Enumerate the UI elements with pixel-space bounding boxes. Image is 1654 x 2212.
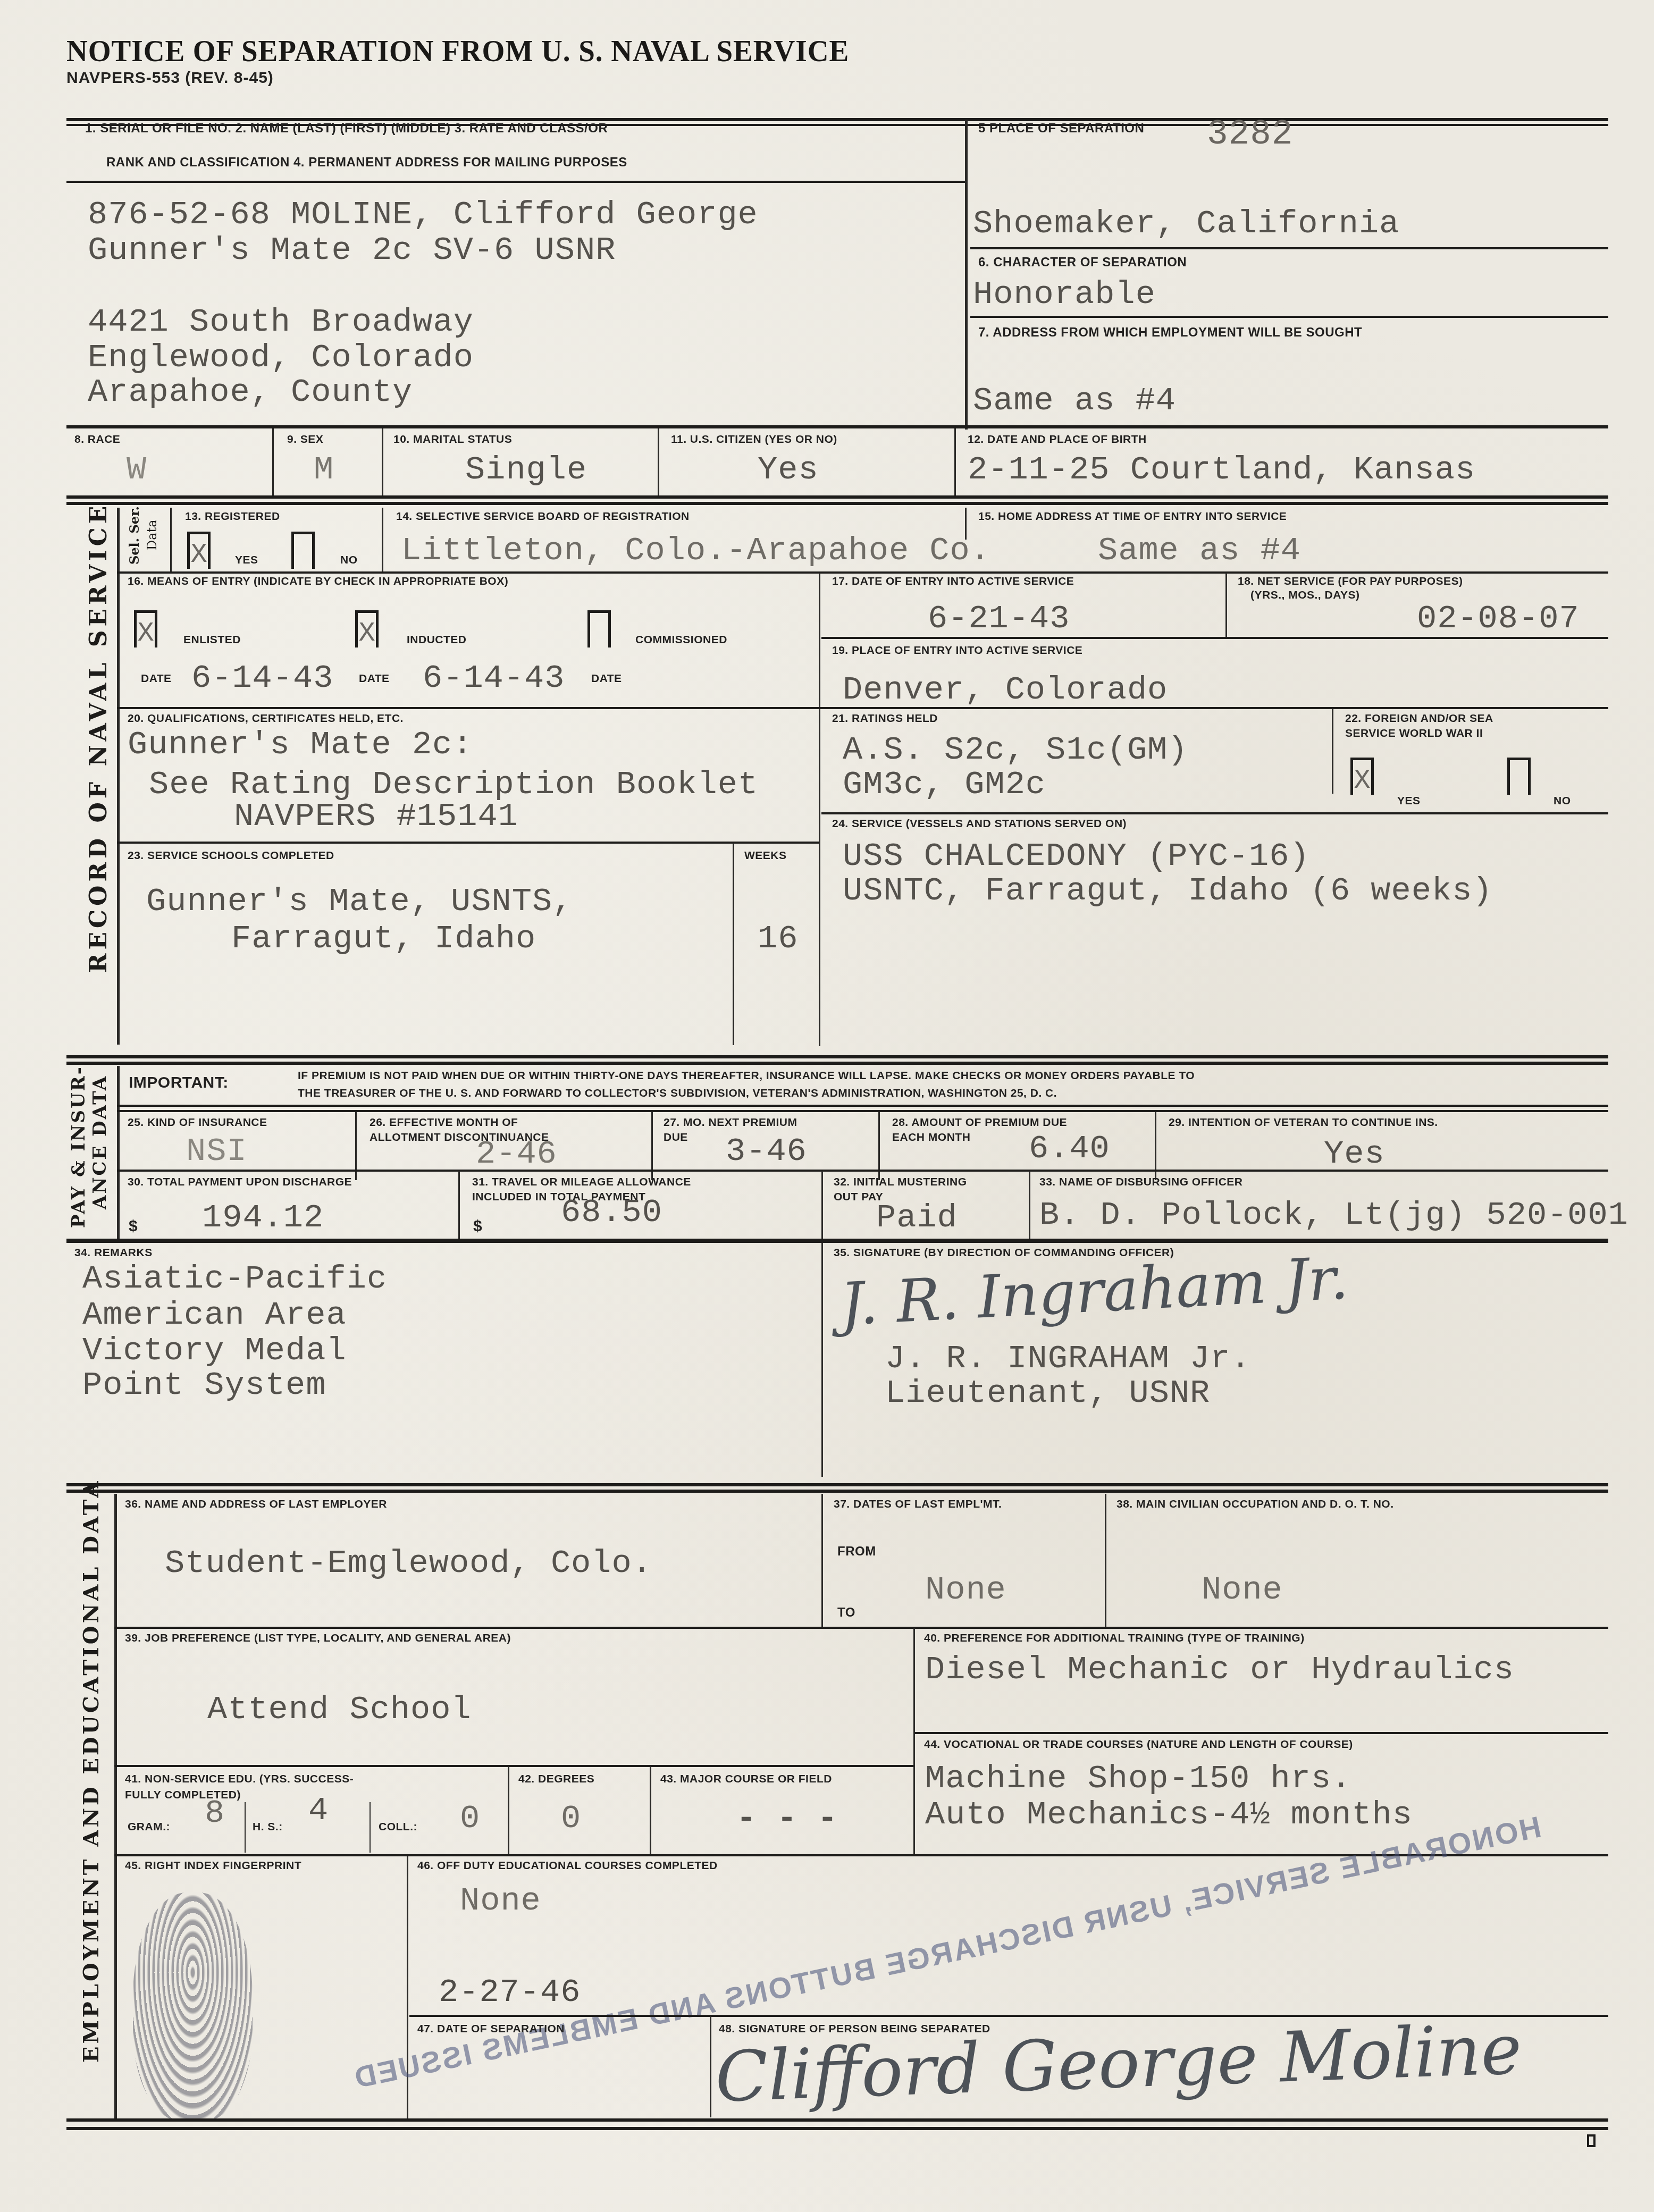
label-civilian-occupation: 38. MAIN CIVILIAN OCCUPATION AND D. O. T… xyxy=(1116,1498,1393,1511)
label-grammar: GRAM.: xyxy=(128,1821,170,1833)
divider-14-15 xyxy=(965,508,967,540)
divider-34-35 xyxy=(821,1243,823,1477)
sea-service-yes-checkbox[interactable]: X xyxy=(1350,758,1374,795)
double-rule-above-pay xyxy=(66,1055,1608,1065)
label-net-service: 18. NET SERVICE (FOR PAY PURPOSES) xyxy=(1238,575,1463,588)
label-major-course: 43. MAJOR COURSE OR FIELD xyxy=(660,1773,832,1786)
label-inducted-date: DATE xyxy=(359,672,390,685)
registered-yes-checkbox[interactable]: X xyxy=(187,532,211,569)
race[interactable]: W xyxy=(127,451,147,489)
label-continue-insurance: 29. INTENTION OF VETERAN TO CONTINUE INS… xyxy=(1169,1116,1438,1129)
employment-section-left-edge xyxy=(114,1494,117,2118)
divider-weeks xyxy=(733,843,734,1045)
label-birth: 12. DATE AND PLACE OF BIRTH xyxy=(968,433,1147,446)
major-course[interactable]: - - - xyxy=(736,1799,838,1837)
divider-47-48 xyxy=(710,2016,711,2117)
label-allotment-discontinuance: 26. EFFECTIVE MONTH OF xyxy=(370,1116,518,1129)
service-schools-weeks[interactable]: 16 xyxy=(758,920,798,957)
continue-insurance[interactable]: Yes xyxy=(1324,1135,1385,1173)
label-race: 8. RACE xyxy=(74,433,120,446)
label-kind-of-insurance: 25. KIND OF INSURANCE xyxy=(128,1116,267,1129)
label-sex: 9. SEX xyxy=(287,433,323,446)
rule-above-30 xyxy=(117,1170,1608,1172)
college-years[interactable]: 0 xyxy=(460,1799,480,1837)
label-next-premium-due-2: DUE xyxy=(664,1131,688,1144)
label-premium-amount: 28. AMOUNT OF PREMIUM DUE xyxy=(892,1116,1067,1129)
divider-11-12 xyxy=(954,428,956,497)
divider-37-38 xyxy=(1105,1494,1106,1627)
top-divider xyxy=(965,120,968,430)
divider-13-14 xyxy=(382,508,383,573)
label-commissioned-date: DATE xyxy=(591,672,622,685)
bottom-double-rule xyxy=(66,2118,1608,2130)
divider-9-10 xyxy=(382,428,383,497)
commissioned-checkbox[interactable] xyxy=(587,610,611,647)
label-to: TO xyxy=(837,1605,855,1620)
registered-no-checkbox[interactable] xyxy=(291,532,315,569)
rule-6-7 xyxy=(970,316,1608,318)
rule-below-important xyxy=(117,1105,1608,1112)
naval-section-left-edge xyxy=(117,508,120,1045)
label-enlisted: ENLISTED xyxy=(183,634,241,646)
commanding-officer-name: J. R. INGRAHAM Jr. xyxy=(885,1340,1251,1377)
travel-allowance-currency: $ xyxy=(473,1217,482,1235)
label-non-service-education: 41. NON-SERVICE EDU. (YRS. SUCCESS- xyxy=(125,1773,354,1786)
rule-above-remarks xyxy=(66,1239,1608,1243)
sex[interactable]: M xyxy=(314,451,334,489)
label-place-of-entry: 19. PLACE OF ENTRY INTO ACTIVE SERVICE xyxy=(832,644,1082,657)
ratings-held-line-2[interactable]: GM3c, GM2c xyxy=(843,766,1046,803)
inducted-date[interactable]: 6-14-43 xyxy=(423,659,565,697)
label-additional-training: 40. PREFERENCE FOR ADDITIONAL TRAINING (… xyxy=(924,1632,1305,1645)
character-of-separation[interactable]: Honorable xyxy=(973,275,1156,313)
label-ratings-held: 21. RATINGS HELD xyxy=(832,712,938,725)
premium-amount[interactable]: 6.40 xyxy=(1029,1130,1110,1167)
place-of-entry[interactable]: Denver, Colorado xyxy=(843,671,1168,709)
label-fields-1-3: 1. SERIAL OR FILE NO. 2. NAME (LAST) (FI… xyxy=(85,121,608,136)
fingerprint-image xyxy=(133,1893,253,2121)
off-duty-courses[interactable]: None xyxy=(460,1882,541,1920)
divider-36-37 xyxy=(821,1494,823,1627)
pay-section-left-edge xyxy=(117,1066,120,1241)
rule-above-8 xyxy=(66,425,1608,428)
degrees[interactable]: 0 xyxy=(561,1799,581,1837)
home-address-entry[interactable]: Same as #4 xyxy=(1098,532,1301,569)
label-vocational-courses: 44. VOCATIONAL OR TRADE COURSES (NATURE … xyxy=(924,1738,1353,1751)
address-line-3[interactable]: Arapahoe, County xyxy=(88,373,413,411)
high-school-years[interactable]: 4 xyxy=(308,1792,329,1829)
label-remarks: 34. REMARKS xyxy=(74,1247,153,1259)
ratings-held-line-1[interactable]: A.S. S2c, S1c(GM) xyxy=(843,731,1188,769)
divider-21-22 xyxy=(1332,709,1333,794)
selective-service-board[interactable]: Littleton, Colo.-Arapahoe Co. xyxy=(401,532,990,569)
label-employment-address: 7. ADDRESS FROM WHICH EMPLOYMENT WILL BE… xyxy=(978,325,1362,340)
label-degrees: 42. DEGREES xyxy=(518,1773,594,1786)
date-place-of-birth[interactable]: 2-11-25 Courtland, Kansas xyxy=(968,451,1475,489)
rate-class[interactable]: Gunner's Mate 2c SV-6 USNR xyxy=(88,231,616,269)
job-preference[interactable]: Attend School xyxy=(207,1690,472,1728)
important-notice-line-2: THE TREASURER OF THE U. S. AND FORWARD T… xyxy=(298,1087,1057,1100)
form-number: NAVPERS-553 (REV. 8-45) xyxy=(66,69,274,87)
net-service[interactable]: 02-08-07 xyxy=(1417,600,1580,637)
vocational-courses-line-2[interactable]: Auto Mechanics-4½ months xyxy=(925,1796,1413,1833)
place-of-separation[interactable]: Shoemaker, California xyxy=(973,205,1399,242)
rule-above-20 xyxy=(117,707,1608,709)
section-label-employment-educational: EMPLOYMENT AND EDUCATIONAL DATA xyxy=(79,1479,104,2063)
label-registered-no: NO xyxy=(340,554,358,567)
label-selective-service-board: 14. SELECTIVE SERVICE BOARD OF REGISTRAT… xyxy=(396,510,690,523)
label-date-of-separation: 47. DATE OF SEPARATION xyxy=(417,2023,565,2036)
divider-41-42 xyxy=(508,1767,509,1854)
enlisted-date[interactable]: 6-14-43 xyxy=(191,659,333,697)
label-commissioned: COMMISSIONED xyxy=(635,634,727,646)
label-sea-service-no: NO xyxy=(1554,795,1571,808)
rule-5-6 xyxy=(970,247,1608,249)
divider-32-33 xyxy=(1029,1171,1030,1240)
sel-ser-divider xyxy=(170,508,172,573)
label-means-of-entry: 16. MEANS OF ENTRY (INDICATE BY CHECK IN… xyxy=(128,575,508,588)
remarks-line-1[interactable]: Asiatic-Pacific xyxy=(82,1260,387,1298)
remarks-line-2[interactable]: American Area xyxy=(82,1296,347,1334)
divider-39-40 xyxy=(913,1628,915,1854)
corner-registration-mark xyxy=(1587,2134,1596,2147)
label-off-duty-courses: 46. OFF DUTY EDUCATIONAL COURSES COMPLET… xyxy=(417,1860,718,1872)
section-label-pay-insurance-2: ANCE DATA xyxy=(89,1075,111,1209)
divider-17-18 xyxy=(1225,573,1227,637)
remarks-line-4[interactable]: Point System xyxy=(82,1366,326,1404)
enlisted-checkbox[interactable]: X xyxy=(134,610,157,647)
grammar-years[interactable]: 8 xyxy=(205,1794,225,1832)
rule-17-19 xyxy=(821,637,1608,639)
address-line-2[interactable]: Englewood, Colorado xyxy=(88,339,474,376)
address-line-1[interactable]: 4421 South Broadway xyxy=(88,303,474,341)
additional-training[interactable]: Diesel Mechanic or Hydraulics xyxy=(925,1651,1514,1688)
vocational-courses-line-1[interactable]: Machine Shop-150 hrs. xyxy=(925,1760,1351,1797)
us-citizen[interactable]: Yes xyxy=(758,451,819,489)
label-home-address-entry: 15. HOME ADDRESS AT TIME OF ENTRY INTO S… xyxy=(978,510,1287,523)
label-marital-status: 10. MARITAL STATUS xyxy=(393,433,512,446)
qualifications-line-1[interactable]: Gunner's Mate 2c: xyxy=(128,726,473,763)
label-travel-allowance: 31. TRAVEL OR MILEAGE ALLOWANCE xyxy=(472,1176,691,1189)
label-mustering-out-pay: 32. INITIAL MUSTERING xyxy=(834,1176,967,1189)
label-registered-yes: YES xyxy=(235,554,258,567)
label-weeks: WEEKS xyxy=(744,850,787,862)
label-fields-3-4: RANK AND CLASSIFICATION 4. PERMANENT ADD… xyxy=(106,155,627,170)
label-high-school: H. S.: xyxy=(253,1821,283,1833)
label-college: COLL.: xyxy=(379,1821,417,1833)
marital-status[interactable]: Single xyxy=(465,451,587,489)
label-vessels-stations: 24. SERVICE (VESSELS AND STATIONS SERVED… xyxy=(832,818,1127,830)
divider-30-31 xyxy=(458,1171,460,1240)
rule-above-41 xyxy=(114,1765,913,1767)
dates-last-employment[interactable]: None xyxy=(925,1571,1006,1609)
double-rule-above-employment xyxy=(66,1483,1608,1493)
label-sea-service-yes: YES xyxy=(1397,795,1421,808)
inducted-checkbox[interactable]: X xyxy=(355,610,379,647)
label-important: IMPORTANT: xyxy=(129,1074,229,1092)
serial-and-name[interactable]: 876-52-68 MOLINE, Clifford George xyxy=(88,196,758,233)
label-foreign-sea-service: 22. FOREIGN AND/OR SEA xyxy=(1345,712,1493,725)
label-inducted: INDUCTED xyxy=(407,634,467,646)
mustering-out-pay[interactable]: Paid xyxy=(876,1199,958,1237)
disbursing-officer[interactable]: B. D. Pollock, Lt(jg) 520-001 xyxy=(1039,1196,1628,1234)
label-foreign-sea-service-2: SERVICE WORLD WAR II xyxy=(1345,727,1483,740)
divider-hs-coll xyxy=(370,1802,371,1853)
sel-ser-label-2: Data xyxy=(145,519,159,550)
commanding-officer-title: Lieutenant, USNR xyxy=(885,1374,1210,1412)
travel-allowance[interactable]: 68.50 xyxy=(561,1193,662,1231)
vessels-stations-line-1[interactable]: USS CHALCEDONY (PYC-16) xyxy=(843,837,1310,875)
vessels-stations-line-2[interactable]: USNTC, Farragut, Idaho (6 weeks) xyxy=(843,872,1493,910)
label-enlisted-date: DATE xyxy=(141,672,172,685)
rule-21-24 xyxy=(821,812,1608,814)
label-registered: 13. REGISTERED xyxy=(185,510,280,523)
important-notice-line-1: IF PREMIUM IS NOT PAID WHEN DUE OR WITHI… xyxy=(298,1070,1195,1082)
double-rule-above-naval xyxy=(66,495,1608,505)
rule-above-44 xyxy=(914,1732,1608,1734)
service-schools-line-1[interactable]: Gunner's Mate, USNTS, xyxy=(146,882,573,920)
separation-center-code[interactable]: 3282 xyxy=(1207,114,1293,154)
label-from: FROM xyxy=(837,1544,876,1559)
section-label-pay-insurance-1: PAY & INSUR- xyxy=(68,1065,89,1228)
divider-gram-hs xyxy=(245,1802,246,1853)
label-character-of-separation: 6. CHARACTER OF SEPARATION xyxy=(978,255,1187,270)
date-of-separation[interactable]: 2-27-46 xyxy=(439,1973,581,2011)
allotment-discontinuance[interactable]: 2-46 xyxy=(476,1135,557,1173)
divider-31-32 xyxy=(821,1171,823,1240)
label-date-of-entry: 17. DATE OF ENTRY INTO ACTIVE SERVICE xyxy=(832,575,1074,588)
qualifications-line-3[interactable]: NAVPERS #15141 xyxy=(234,797,518,835)
kind-of-insurance[interactable]: NSI xyxy=(186,1132,247,1170)
divider-10-11 xyxy=(658,428,659,497)
label-total-payment: 30. TOTAL PAYMENT UPON DISCHARGE xyxy=(128,1176,352,1189)
label-job-preference: 39. JOB PREFERENCE (LIST TYPE, LOCALITY,… xyxy=(125,1632,511,1645)
rule-above-39 xyxy=(114,1627,1608,1629)
sel-ser-label-1: Sel. Ser. xyxy=(127,506,142,565)
next-premium-due[interactable]: 3-46 xyxy=(726,1132,807,1170)
section-label-record-naval-service: RECORD OF NAVAL SERVICE xyxy=(85,502,112,973)
divider-42-43 xyxy=(650,1767,651,1854)
label-citizen: 11. U.S. CITIZEN (YES OR NO) xyxy=(671,433,837,446)
civilian-occupation[interactable]: None xyxy=(1202,1571,1283,1609)
label-service-schools: 23. SERVICE SCHOOLS COMPLETED xyxy=(128,850,334,862)
label-net-service-units: (YRS., MOS., DAYS) xyxy=(1250,589,1359,602)
label-last-employer: 36. NAME AND ADDRESS OF LAST EMPLOYER xyxy=(125,1498,387,1511)
label-premium-amount-2: EACH MONTH xyxy=(892,1131,970,1144)
label-fingerprint: 45. RIGHT INDEX FINGERPRINT xyxy=(125,1860,301,1872)
label-disbursing-officer: 33. NAME OF DISBURSING OFFICER xyxy=(1039,1176,1243,1189)
employment-address[interactable]: Same as #4 xyxy=(973,382,1176,419)
divider-8-9 xyxy=(272,428,274,497)
service-schools-line-2[interactable]: Farragut, Idaho xyxy=(231,920,536,957)
label-next-premium-due: 27. MO. NEXT PREMIUM xyxy=(664,1116,797,1129)
label-qualifications: 20. QUALIFICATIONS, CERTIFICATES HELD, E… xyxy=(128,712,404,725)
form-title: NOTICE OF SEPARATION FROM U. S. NAVAL SE… xyxy=(66,33,849,69)
date-of-entry[interactable]: 6-21-43 xyxy=(928,600,1070,637)
total-payment[interactable]: 194.12 xyxy=(202,1199,324,1237)
label-place-of-separation: 5 PLACE OF SEPARATION xyxy=(978,121,1144,136)
sea-service-no-checkbox[interactable] xyxy=(1507,758,1531,795)
rule-above-23 xyxy=(117,842,819,844)
rule-under-label-1-4 xyxy=(66,181,965,183)
rule-below-sel-ser xyxy=(117,571,1608,574)
naval-center-divider xyxy=(819,573,820,1046)
total-payment-currency: $ xyxy=(129,1217,138,1235)
label-dates-last-employment: 37. DATES OF LAST EMPL'MT. xyxy=(834,1498,1002,1511)
last-employer[interactable]: Student-Emglewood, Colo. xyxy=(165,1544,652,1582)
remarks-line-3[interactable]: Victory Medal xyxy=(82,1332,347,1369)
